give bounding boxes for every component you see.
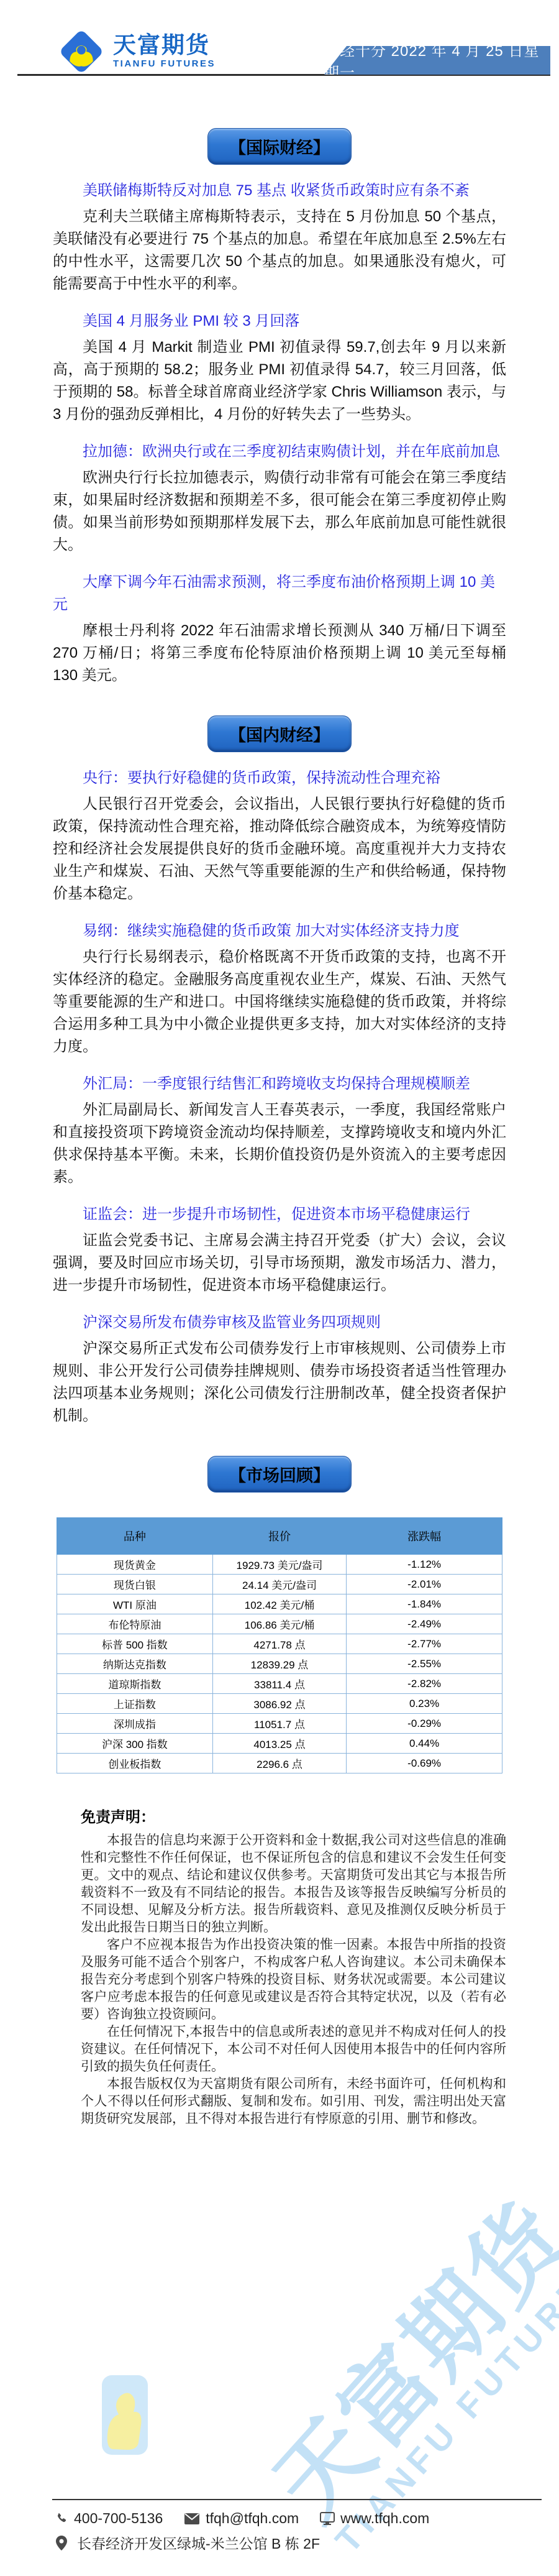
- table-row: WTI 原油102.42 美元/桶-1.84%: [57, 1594, 502, 1614]
- article-body: 沪深交易所正式发布公司债券发行上市审核规则、公司债券上市规则、非公开发行公司债券…: [53, 1338, 506, 1427]
- article-body: 外汇局副局长、新闻发言人王春英表示，一季度，我国经常账户和直接投资项下跨境资金流…: [53, 1099, 506, 1189]
- cell-instrument: WTI 原油: [57, 1594, 213, 1614]
- table-row: 深圳成指11051.7 点-0.29%: [57, 1714, 502, 1734]
- table-row: 上证指数3086.92 点0.23%: [57, 1694, 502, 1714]
- logo-name-cn: 天富期货: [113, 33, 216, 58]
- table-row: 布伦特原油106.86 美元/桶-2.49%: [57, 1614, 502, 1634]
- table-row: 标普 500 指数4271.78 点-2.77%: [57, 1634, 502, 1654]
- tianfu-logo-icon: [57, 27, 106, 76]
- footer-website: www.tfqh.com: [320, 2510, 429, 2527]
- cell-quote: 102.42 美元/桶: [212, 1594, 346, 1614]
- article-body: 证监会党委书记、主席易会满主持召开党委（扩大）会议，会议强调，要及时回应市场关切…: [53, 1230, 506, 1297]
- cell-change: -1.84%: [347, 1594, 502, 1614]
- market-table-head: 品种 报价 涨跌幅: [57, 1518, 502, 1555]
- col-header-quote: 报价: [212, 1518, 346, 1555]
- article-domestic-2: 易纲：继续实施稳健的货币政策 加大对实体经济支持力度 央行行长易纲表示，稳价格既…: [53, 920, 506, 1058]
- cell-quote: 2296.6 点: [212, 1754, 346, 1773]
- watermark-text-cn: 天富期货: [258, 2183, 559, 2534]
- section-header-international: 【国际财经】: [207, 128, 352, 165]
- cell-change: -1.12%: [347, 1555, 502, 1575]
- footer-email: tfqh@tfqh.com: [184, 2510, 299, 2527]
- header: 天富期货 TIANFU FUTURES 财经十分 2022 年 4 月 25 日…: [0, 0, 559, 74]
- cell-quote: 3086.92 点: [212, 1694, 346, 1714]
- disclaimer-paragraph: 本报告版权仅为天富期货有限公司所有，未经书面许可，任何机构和个人不得以任何形式翻…: [81, 2075, 506, 2127]
- cell-instrument: 布伦特原油: [57, 1614, 213, 1634]
- footer-address-row: 长春经济开发区绿城-米兰公馆 B 栋 2F: [56, 2532, 320, 2553]
- article-domestic-4: 证监会：进一步提升市场韧性，促进资本市场平稳健康运行 证监会党委书记、主席易会满…: [53, 1203, 506, 1297]
- cell-quote: 106.86 美元/桶: [212, 1614, 346, 1634]
- table-row: 沪深 300 指数4013.25 点0.44%: [57, 1734, 502, 1754]
- article-intl-2: 美国 4 月服务业 PMI 较 3 月回落 美国 4 月 Markit 制造业 …: [53, 310, 506, 426]
- cell-change: -0.69%: [347, 1754, 502, 1773]
- article-body: 人民银行召开党委会，会议指出，人民银行要执行好稳健的货币政策，保持流动性合理充裕…: [53, 793, 506, 905]
- article-domestic-5: 沪深交易所发布债券审核及监管业务四项规则 沪深交易所正式发布公司债券发行上市审核…: [53, 1312, 506, 1427]
- footer-phone-number: 400-700-5136: [74, 2510, 163, 2527]
- article-headline: 沪深交易所发布债券审核及监管业务四项规则: [53, 1312, 506, 1334]
- diagonal-watermark: 天富期货 TIANFU FUTURES: [258, 2183, 559, 2560]
- newsletter-page: 天富期货 TIANFU FUTURES 财经十分 2022 年 4 月 25 日…: [0, 0, 559, 2576]
- table-row: 道琼斯指数33811.4 点-2.82%: [57, 1674, 502, 1694]
- article-domestic-3: 外汇局：一季度银行结售汇和跨境收支均保持合理规模顺差 外汇局副局长、新闻发言人王…: [53, 1073, 506, 1189]
- article-intl-4: 大摩下调今年石油需求预测，将三季度布油价格预期上调 10 美元 摩根士丹利将 2…: [53, 571, 506, 687]
- article-body: 美国 4 月 Markit 制造业 PMI 初值录得 59.7,创去年 9 月以…: [53, 336, 506, 426]
- disclaimer: 免责声明： 本报告的信息均来源于公开资料和金十数据,我公司对这些信息的准确性和完…: [81, 1805, 506, 2127]
- phone-icon: [55, 2512, 68, 2526]
- article-headline: 证监会：进一步提升市场韧性，促进资本市场平稳健康运行: [53, 1203, 506, 1226]
- cell-quote: 4271.78 点: [212, 1634, 346, 1654]
- cell-change: 0.23%: [347, 1694, 502, 1714]
- article-headline: 易纲：继续实施稳健的货币政策 加大对实体经济支持力度: [53, 920, 506, 942]
- article-intl-1: 美联储梅斯特反对加息 75 基点 收紧货币政策时应有条不紊 克利夫兰联储主席梅斯…: [53, 180, 506, 295]
- article-body: 克利夫兰联储主席梅斯特表示，支持在 5 月份加息 50 个基点，美联储没有必要进…: [53, 206, 506, 295]
- footer-phone: 400-700-5136: [55, 2510, 163, 2527]
- section-header-domestic: 【国内财经】: [207, 715, 352, 752]
- article-domestic-1: 央行：要执行好稳健的货币政策，保持流动性合理充裕 人民银行召开党委会，会议指出，…: [53, 767, 506, 905]
- location-pin-icon: [56, 2536, 67, 2551]
- envelope-icon: [184, 2513, 200, 2525]
- table-row: 现货白银24.14 美元/盎司-2.01%: [57, 1575, 502, 1594]
- watermark-logo-icon: [101, 2375, 148, 2455]
- disclaimer-paragraph: 在任何情况下,本报告中的信息或所表述的意见并不构成对任何人的投资建议。在任何情况…: [81, 2023, 506, 2075]
- article-headline: 央行：要执行好稳健的货币政策，保持流动性合理充裕: [53, 767, 506, 789]
- newsletter-body: 【国际财经】 美联储梅斯特反对加息 75 基点 收紧货币政策时应有条不紊 克利夫…: [0, 128, 559, 1773]
- cell-quote: 33811.4 点: [212, 1674, 346, 1694]
- article-headline: 拉加德：欧洲央行或在三季度初结束购债计划，并在年底前加息: [53, 441, 506, 463]
- cell-change: -2.55%: [347, 1654, 502, 1674]
- cell-change: -2.01%: [347, 1575, 502, 1594]
- footer-address-text: 长春经济开发区绿城-米兰公馆 B 栋 2F: [77, 2532, 320, 2553]
- col-header-instrument: 品种: [57, 1518, 213, 1555]
- cell-change: 0.44%: [347, 1734, 502, 1754]
- cell-instrument: 现货白银: [57, 1575, 213, 1594]
- cell-instrument: 现货黄金: [57, 1555, 213, 1575]
- cell-instrument: 创业板指数: [57, 1754, 213, 1773]
- section-header-market-review: 【市场回顾】: [207, 1456, 352, 1493]
- market-review-table: 品种 报价 涨跌幅 现货黄金1929.73 美元/盎司-1.12% 现货白银24…: [57, 1517, 502, 1773]
- footer-divider: [52, 2499, 542, 2500]
- cell-change: -2.77%: [347, 1634, 502, 1654]
- cell-change: -2.82%: [347, 1674, 502, 1694]
- cell-instrument: 深圳成指: [57, 1714, 213, 1734]
- cell-change: -0.29%: [347, 1714, 502, 1734]
- article-body: 欧洲央行行长拉加德表示，购债行动非常有可能会在第三季度结束，如果届时经济数据和预…: [53, 467, 506, 556]
- article-body: 央行行长易纲表示，稳价格既离不开货币政策的支持，也离不开实体经济的稳定。金融服务…: [53, 946, 506, 1058]
- article-intl-3: 拉加德：欧洲央行或在三季度初结束购债计划，并在年底前加息 欧洲央行行长拉加德表示…: [53, 441, 506, 556]
- article-headline: 外汇局：一季度银行结售汇和跨境收支均保持合理规模顺差: [53, 1073, 506, 1095]
- footer-email-address[interactable]: tfqh@tfqh.com: [206, 2510, 299, 2527]
- disclaimer-paragraph: 本报告的信息均来源于公开资料和金十数据,我公司对这些信息的准确性和完整性不作任何…: [81, 1831, 506, 1936]
- cell-quote: 4013.25 点: [212, 1734, 346, 1754]
- cell-instrument: 标普 500 指数: [57, 1634, 213, 1654]
- cell-quote: 12839.29 点: [212, 1654, 346, 1674]
- table-row: 创业板指数2296.6 点-0.69%: [57, 1754, 502, 1773]
- article-headline: 美联储梅斯特反对加息 75 基点 收紧货币政策时应有条不紊: [53, 180, 506, 202]
- logo-text: 天富期货 TIANFU FUTURES: [113, 33, 216, 70]
- article-headline: 大摩下调今年石油需求预测，将三季度布油价格预期上调 10 美元: [53, 571, 506, 616]
- cell-quote: 1929.73 美元/盎司: [212, 1555, 346, 1575]
- table-row: 纳斯达克指数12839.29 点-2.55%: [57, 1654, 502, 1674]
- monitor-icon: [320, 2512, 335, 2526]
- footer-website-url[interactable]: www.tfqh.com: [340, 2510, 429, 2527]
- article-body: 摩根士丹利将 2022 年石油需求增长预测从 340 万桶/日下调至 270 万…: [53, 620, 506, 687]
- issue-banner: 财经十分 2022 年 4 月 25 日星期一: [324, 46, 550, 75]
- cell-instrument: 道琼斯指数: [57, 1674, 213, 1694]
- disclaimer-paragraph: 客户不应视本报告为作出投资决策的惟一因素。本报告中所指的投资及服务可能不适合个别…: [81, 1936, 506, 2023]
- cell-quote: 24.14 美元/盎司: [212, 1575, 346, 1594]
- article-headline: 美国 4 月服务业 PMI 较 3 月回落: [53, 310, 506, 333]
- disclaimer-title: 免责声明：: [81, 1805, 506, 1826]
- cell-instrument: 纳斯达克指数: [57, 1654, 213, 1674]
- company-logo: 天富期货 TIANFU FUTURES: [57, 27, 216, 76]
- market-table-body: 现货黄金1929.73 美元/盎司-1.12% 现货白银24.14 美元/盎司-…: [57, 1555, 502, 1773]
- cell-quote: 11051.7 点: [212, 1714, 346, 1734]
- table-row: 现货黄金1929.73 美元/盎司-1.12%: [57, 1555, 502, 1575]
- col-header-change: 涨跌幅: [347, 1518, 502, 1555]
- footer-contact-row: 400-700-5136 tfqh@tfqh.com www.tfqh.com: [55, 2510, 429, 2527]
- logo-name-en: TIANFU FUTURES: [113, 58, 216, 70]
- cell-change: -2.49%: [347, 1614, 502, 1634]
- table-header-row: 品种 报价 涨跌幅: [57, 1518, 502, 1555]
- cell-instrument: 沪深 300 指数: [57, 1734, 213, 1754]
- cell-instrument: 上证指数: [57, 1694, 213, 1714]
